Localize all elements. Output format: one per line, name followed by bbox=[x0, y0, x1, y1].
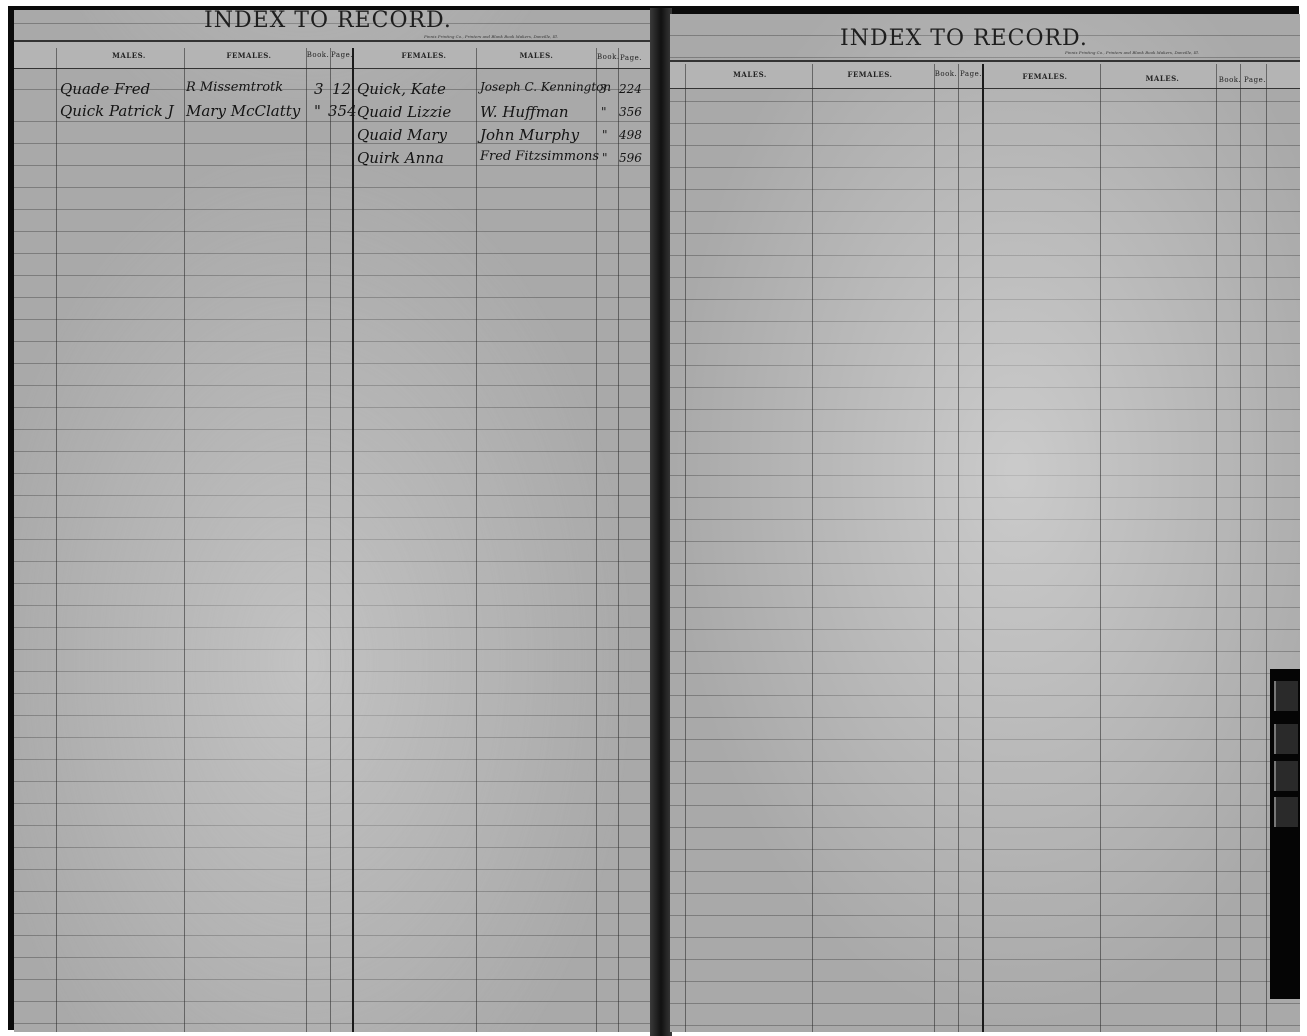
entry-page: 354 bbox=[328, 102, 357, 120]
entry-book: " bbox=[602, 128, 608, 142]
column-rule bbox=[184, 48, 185, 1032]
entry-book: " bbox=[601, 105, 607, 119]
entry-female: Quaid Lizzie bbox=[357, 103, 451, 121]
entry-page: 498 bbox=[619, 128, 642, 142]
right-col-females-2: FEMALES. bbox=[990, 72, 1100, 81]
entry-male: Fred Fitzsimmons bbox=[480, 149, 599, 164]
column-rule bbox=[1266, 64, 1267, 1032]
center-column-rule bbox=[982, 64, 984, 1032]
right-ledger-page: INDEX TO RECORD. Pinnix Printing Co., Pr… bbox=[670, 14, 1300, 1032]
entry-page: 224 bbox=[619, 82, 642, 96]
right-col-book-2: Book. bbox=[1218, 76, 1242, 84]
column-rule bbox=[476, 48, 477, 1032]
entry-female: Mary McClatty bbox=[186, 102, 300, 120]
index-tab bbox=[1274, 797, 1298, 827]
entry-male: Quick Patrick J bbox=[60, 102, 174, 120]
index-tab bbox=[1274, 761, 1298, 791]
column-rule bbox=[330, 48, 331, 1032]
entry-book: " bbox=[602, 151, 608, 165]
entry-male: W. Huffman bbox=[480, 103, 569, 121]
right-col-males: MALES. bbox=[690, 70, 810, 79]
right-page-imprint: Pinnix Printing Co., Printers and Blank … bbox=[1065, 50, 1199, 55]
column-rule bbox=[1240, 64, 1241, 1032]
right-col-males-2: MALES. bbox=[1105, 74, 1220, 83]
entry-female: R Missemtrotk bbox=[186, 80, 283, 95]
entry-book: 3 bbox=[314, 80, 324, 98]
column-rule bbox=[596, 48, 597, 1032]
column-rule bbox=[812, 64, 813, 1032]
left-col-females: FEMALES. bbox=[189, 51, 309, 60]
column-rule bbox=[56, 48, 57, 1032]
entry-page: 596 bbox=[619, 151, 642, 165]
left-col-page-2: Page. bbox=[619, 54, 643, 62]
column-rule bbox=[1216, 64, 1217, 1032]
entry-book: " bbox=[314, 102, 321, 120]
column-rule bbox=[618, 48, 619, 1032]
center-column-rule bbox=[352, 48, 354, 1032]
index-tab bbox=[1274, 681, 1298, 711]
column-rule bbox=[685, 64, 686, 1032]
entry-page: 356 bbox=[619, 105, 642, 119]
entry-male: John Murphy bbox=[480, 126, 579, 144]
left-col-males-2: MALES. bbox=[479, 51, 594, 60]
left-col-book-2: Book. bbox=[597, 53, 619, 61]
left-col-males: MALES. bbox=[69, 51, 189, 60]
column-rule bbox=[1100, 64, 1101, 1032]
left-page-imprint: Pinnix Printing Co., Printers and Blank … bbox=[424, 34, 558, 39]
column-rule bbox=[958, 64, 959, 1032]
left-page-title: INDEX TO RECORD. bbox=[204, 10, 452, 33]
left-col-book: Book. bbox=[306, 51, 330, 59]
right-col-females: FEMALES. bbox=[810, 70, 930, 79]
entry-male: Joseph C. Kennington bbox=[480, 80, 611, 94]
left-col-page: Page. bbox=[330, 51, 354, 59]
right-col-page-2: Page. bbox=[1242, 76, 1268, 84]
column-rule bbox=[934, 64, 935, 1032]
right-col-page: Page. bbox=[958, 70, 984, 78]
entry-male: Quade Fred bbox=[60, 80, 150, 98]
left-col-females-2: FEMALES. bbox=[369, 51, 479, 60]
entry-page: 12 bbox=[332, 80, 351, 98]
column-rule bbox=[306, 48, 307, 1032]
entry-female: Quirk Anna bbox=[357, 149, 444, 167]
left-ledger-page: INDEX TO RECORD. Pinnix Printing Co., Pr… bbox=[14, 10, 662, 1032]
book-gutter bbox=[650, 8, 672, 1036]
entry-female: Quaid Mary bbox=[357, 126, 447, 144]
index-tab bbox=[1274, 724, 1298, 754]
index-tabs bbox=[1270, 669, 1300, 999]
right-col-book: Book. bbox=[934, 70, 958, 78]
entry-female: Quick, Kate bbox=[357, 80, 446, 98]
right-page-title: INDEX TO RECORD. bbox=[840, 26, 1088, 51]
entry-book: 3 bbox=[599, 82, 607, 96]
